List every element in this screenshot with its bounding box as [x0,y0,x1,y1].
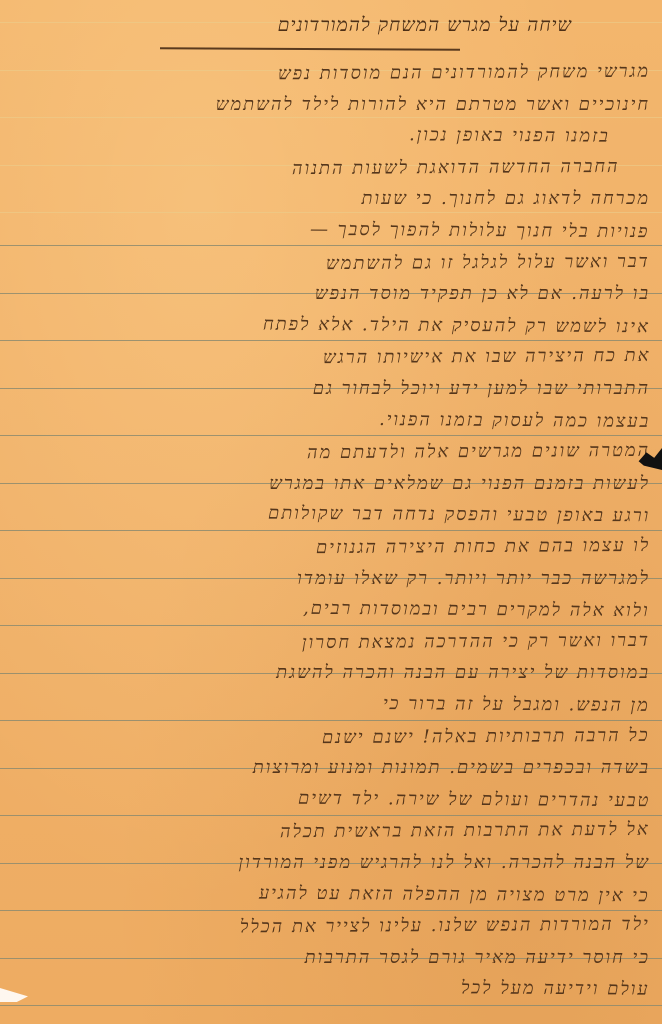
handwritten-line: חינוכיים ואשר מטרתם היא להורות לילד להשת… [216,94,650,115]
handwritten-line: אינו לשמש רק להעסיק את הילד. אלא לפתח [263,314,650,338]
handwritten-line: המטרה שונים מגרשים אלה ולדעתם מה [307,440,650,463]
handwritten-line: ורגע באופן טבעי והפסק נדחה דבר שקולותם [268,503,650,527]
ruled-line [0,1005,662,1006]
handwritten-line: לו עצמו בהם את כחות היצירה הגנוזים [316,535,650,558]
ruled-line [0,435,662,436]
ruled-line [0,245,662,246]
handwritten-line: בו לרעה. אם לא כן תפקיד מוסד הנפש [315,283,650,304]
handwritten-line: כי חוסר ידיעה מאיר גורם לגסר התרבות [305,947,650,968]
handwritten-line: ולוא אלה למקרים רבים ובמוסדות רבים, [303,598,650,621]
handwritten-line: אל לדעת את התרבות הזאת בראשית תכלה [280,819,650,843]
handwritten-line: ילד המורדות הנפש שלנו. עלינו לצייר את הכ… [240,914,650,938]
handwritten-line: דברו ואשר רק כי ההדרכה נמצאת חסרון [302,630,650,653]
handwritten-line: מכרחה לדאוג גם לחנוך. כי שעות [362,188,650,209]
handwritten-line: כי אין מרט מצויה מן ההפלה הזאת עט להגיע [259,883,650,907]
handwritten-line: בזמנו הפנוי באופן נכון. [409,124,610,146]
handwritten-line: טבעי נהדרים ועולם של שירה. ילד דשים [297,788,650,811]
handwritten-line: למגרשה כבר יותר ויותר. רק שאלו עומדו [297,568,650,589]
document-title: שיחה על מגרש המשחק להמורדונים [278,14,572,37]
handwritten-line: כל הרבה תרבותיות באלה! ישנם ישנם [322,725,650,748]
handwritten-line: מן הנפש. ומגבל על זה ברור כי [383,693,650,716]
handwritten-line: במוסדות של יצירה עם הבנה והכרה להשגת [276,662,650,683]
ruled-line [0,340,662,341]
ruled-line [0,720,662,721]
ruled-line [0,530,662,531]
handwritten-line: החברה החדשה הדואגת לשעות התנוה [292,156,620,179]
handwritten-line: התברותי שבו למען ידע ויוכל לבחור גם [313,378,650,399]
handwritten-line: עולם וידיעה מעל לכל [461,977,650,999]
ruled-line [0,910,662,911]
handwritten-line: את כח היצירה שבו את אישיותו הרגש [323,345,651,368]
handwritten-line: לעשות בזמנם הפנוי גם שמלאים אתו במגרש [269,473,650,494]
handwritten-line: מגרשי משחק להמורדונים הנם מוסדות נפש [278,61,650,85]
handwritten-line: של הבנה להכרה. ואל לנו להרגיש מפני המורד… [239,852,650,873]
ruled-line [0,815,662,816]
handwritten-line: פנויות בלי חנוך עלולות להפוך לסבך — [310,219,650,242]
handwritten-line: בשדה ובכפרים בשמים. תמונות ומנוע ומרוצות [253,757,650,778]
handwritten-line: דבר ואשר עלול לגלגל זו גם להשתמש [326,251,650,274]
ruled-line [0,625,662,626]
handwritten-line: בעצמו כמה לעסוק בזמנו הפנוי. [379,409,650,432]
